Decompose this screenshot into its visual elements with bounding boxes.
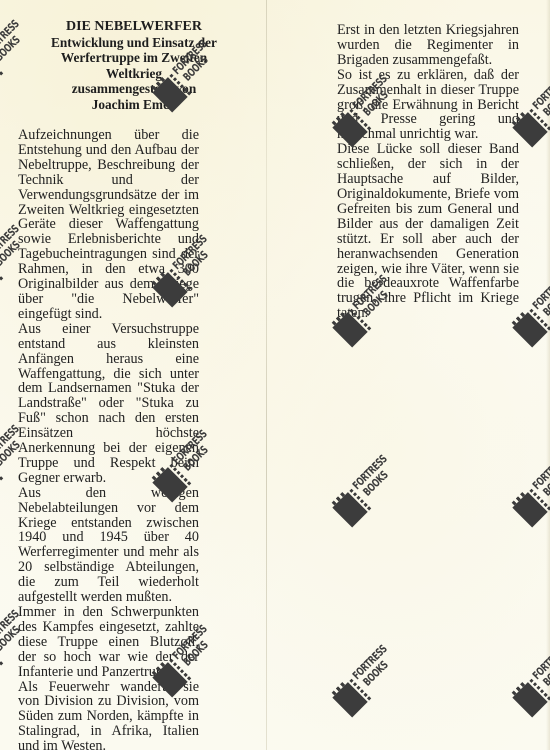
watermark-stamp: FORTRESSBOOKS <box>327 450 408 531</box>
paragraph: Immer in den Schwerpunkten des Kampfes e… <box>18 605 199 680</box>
paragraph: Erst in den letzten Kriegsjahren wurden … <box>337 23 519 68</box>
subtitle-line: Entwicklung und Einsatz der <box>14 35 254 51</box>
subtitle-line: Werfertruppe im Zweiten <box>14 50 254 66</box>
paragraph: Aus einer Versuchstruppe entstand aus kl… <box>18 322 199 486</box>
book-header: DIE NEBELWERFER Entwicklung und Einsatz … <box>14 19 254 113</box>
paragraph: So ist es zu erklären, daß der Zusammenh… <box>337 68 519 143</box>
fortress-book-icon <box>332 682 367 717</box>
fortress-book-icon <box>512 492 547 527</box>
subtitle-line: Weltkrieg <box>14 66 254 82</box>
compiled-by-line: zusammengestellt von <box>14 81 254 97</box>
book-title: DIE NEBELWERFER <box>14 19 254 35</box>
flap-fold-line <box>266 0 267 750</box>
watermark-stamp: FORTRESSBOOKS <box>327 640 408 721</box>
fortress-book-icon <box>332 492 367 527</box>
paragraph: Aus den wenigen Nebelabteilungen vor dem… <box>18 486 199 605</box>
paragraph: Aufzeichnungen über die Entstehung und d… <box>18 128 199 322</box>
paragraph: Diese Lücke soll dieser Band schließen, … <box>337 142 519 321</box>
watermark-text: FORTRESSBOOKS <box>351 453 398 500</box>
jacket-flap-scan: DIE NEBELWERFER Entwicklung und Einsatz … <box>0 0 550 750</box>
watermark-stamp: FORTRESSBOOKS <box>507 450 550 531</box>
right-flap-text: Erst in den letzten Kriegsjahren wurden … <box>337 23 519 321</box>
watermark-stamp: FORTRESSBOOKS <box>507 640 550 721</box>
left-flap-text: Aufzeichnungen über die Entstehung und d… <box>18 128 199 750</box>
page-edge <box>546 0 550 750</box>
paragraph: Als Feuerwehr wanderte sie von Division … <box>18 680 199 750</box>
author-name: Joachim Emde <box>14 97 254 113</box>
fortress-book-icon <box>512 682 547 717</box>
watermark-text: FORTRESSBOOKS <box>351 643 398 690</box>
